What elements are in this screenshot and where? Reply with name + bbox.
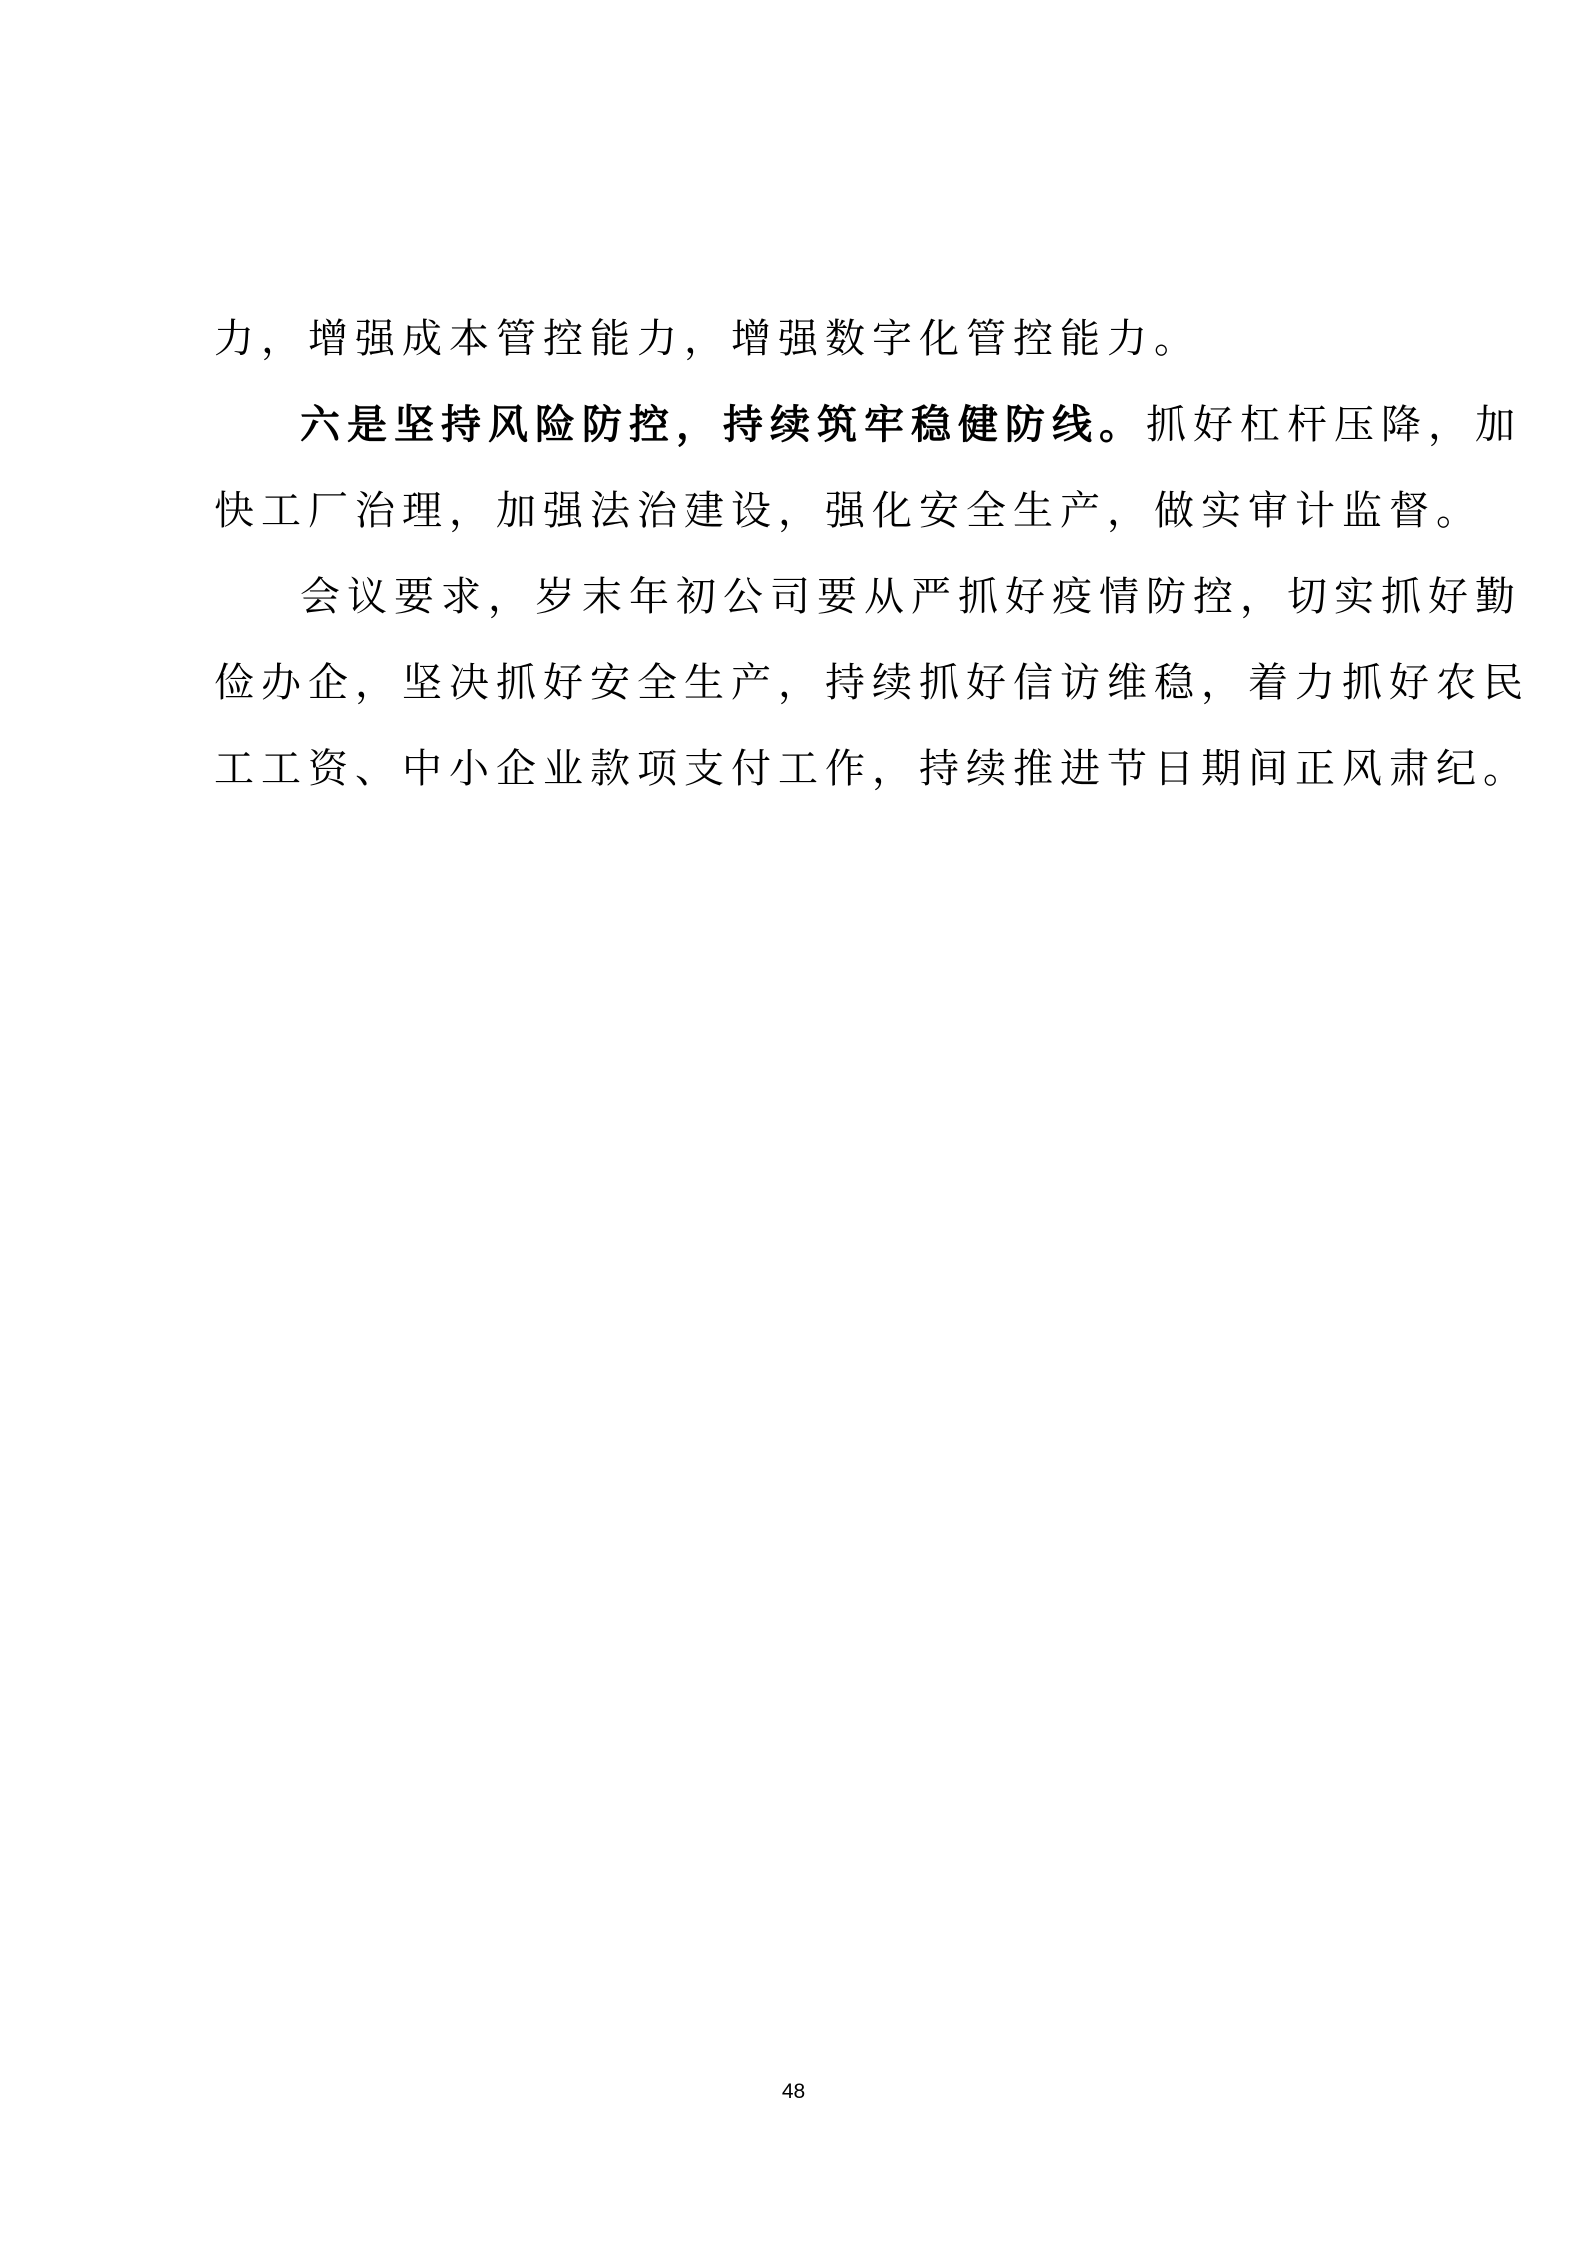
text-line-5: 俭办企，坚决抓好安全生产，持续抓好信访维稳，着力抓好农民 [214, 640, 1394, 726]
text-line-3: 快工厂治理，加强法治建设，强化安全生产，做实审计监督。 [214, 468, 1394, 554]
text-segment: 力，增强成本管控能力，增强数字化管控能力。 [214, 316, 1201, 362]
text-segment: 会议要求，岁末年初公司要从严抓好疫情防控，切实抓好勤 [300, 574, 1522, 620]
text-line-1: 力，增强成本管控能力，增强数字化管控能力。 [214, 296, 1394, 382]
text-segment: 工工资、中小企业款项支付工作，持续推进节日期间正风肃纪。 [214, 746, 1530, 792]
text-segment: 抓好杠杆压降，加 [1146, 402, 1522, 448]
text-segment: 快工厂治理，加强法治建设，强化安全生产，做实审计监督。 [214, 488, 1483, 534]
section-heading-six: 六是坚持风险防控，持续筑牢稳健防线。 [300, 402, 1146, 448]
text-line-4-meeting-requirements: 会议要求，岁末年初公司要从严抓好疫情防控，切实抓好勤 [214, 554, 1394, 640]
text-line-2-section-six: 六是坚持风险防控，持续筑牢稳健防线。抓好杠杆压降，加 [214, 382, 1394, 468]
document-page: 力，增强成本管控能力，增强数字化管控能力。 六是坚持风险防控，持续筑牢稳健防线。… [0, 0, 1587, 2245]
text-segment: 俭办企，坚决抓好安全生产，持续抓好信访维稳，着力抓好农民 [214, 660, 1530, 706]
page-number: 48 [0, 2080, 1587, 2104]
body-text: 力，增强成本管控能力，增强数字化管控能力。 六是坚持风险防控，持续筑牢稳健防线。… [214, 296, 1394, 812]
text-line-6: 工工资、中小企业款项支付工作，持续推进节日期间正风肃纪。 [214, 726, 1394, 812]
